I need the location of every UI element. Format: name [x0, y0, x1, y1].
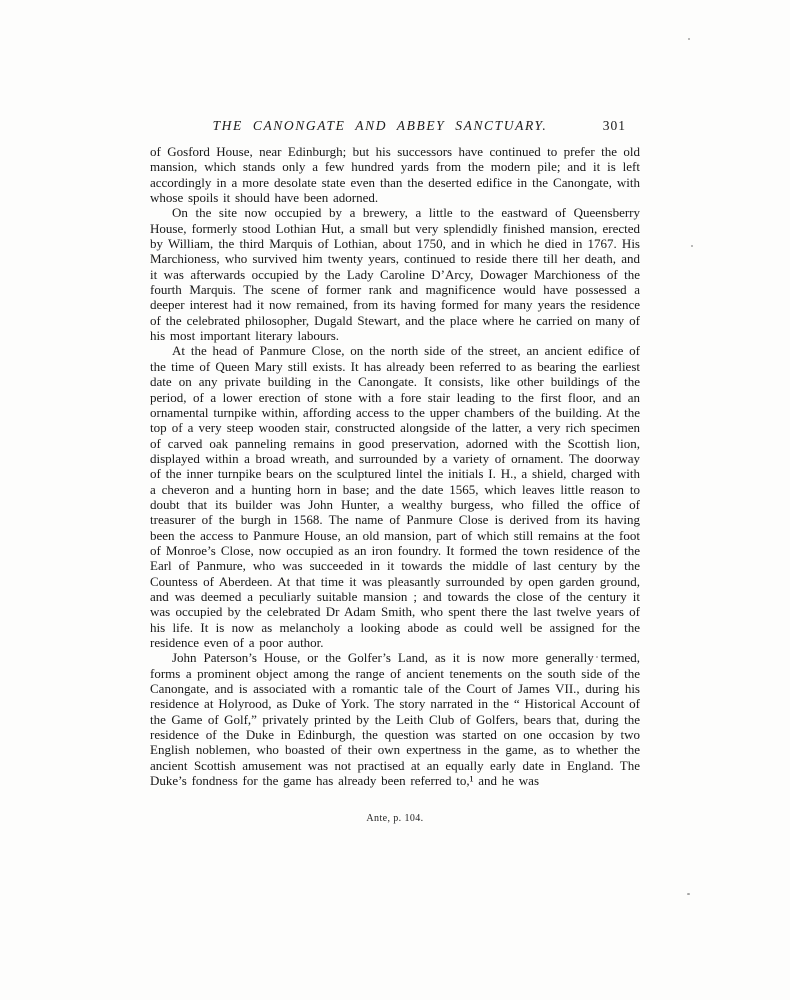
scan-speck [688, 38, 690, 40]
page-number: 301 [603, 118, 626, 134]
book-page: THE CANONGATE AND ABBEY SANCTUARY. 301 o… [0, 0, 790, 1000]
paragraph-john-paterson-house: John Paterson’s House, or the Golfer’s L… [150, 650, 640, 788]
scan-speck [691, 245, 693, 247]
paragraph-lothian-hut: On the site now occupied by a brewery, a… [150, 205, 640, 343]
paragraph-gosford-house: of Gosford House, near Edinburgh; but hi… [150, 144, 640, 205]
scan-speck [596, 656, 598, 658]
running-head-title: THE CANONGATE AND ABBEY SANCTUARY. [150, 118, 610, 134]
paragraph-panmure-close: At the head of Panmure Close, on the nor… [150, 343, 640, 650]
scan-speck [687, 893, 690, 895]
body-text: of Gosford House, near Edinburgh; but hi… [150, 144, 640, 788]
footnote: Ante, p. 104. [150, 813, 640, 824]
page-header: THE CANONGATE AND ABBEY SANCTUARY. 301 [150, 118, 640, 136]
